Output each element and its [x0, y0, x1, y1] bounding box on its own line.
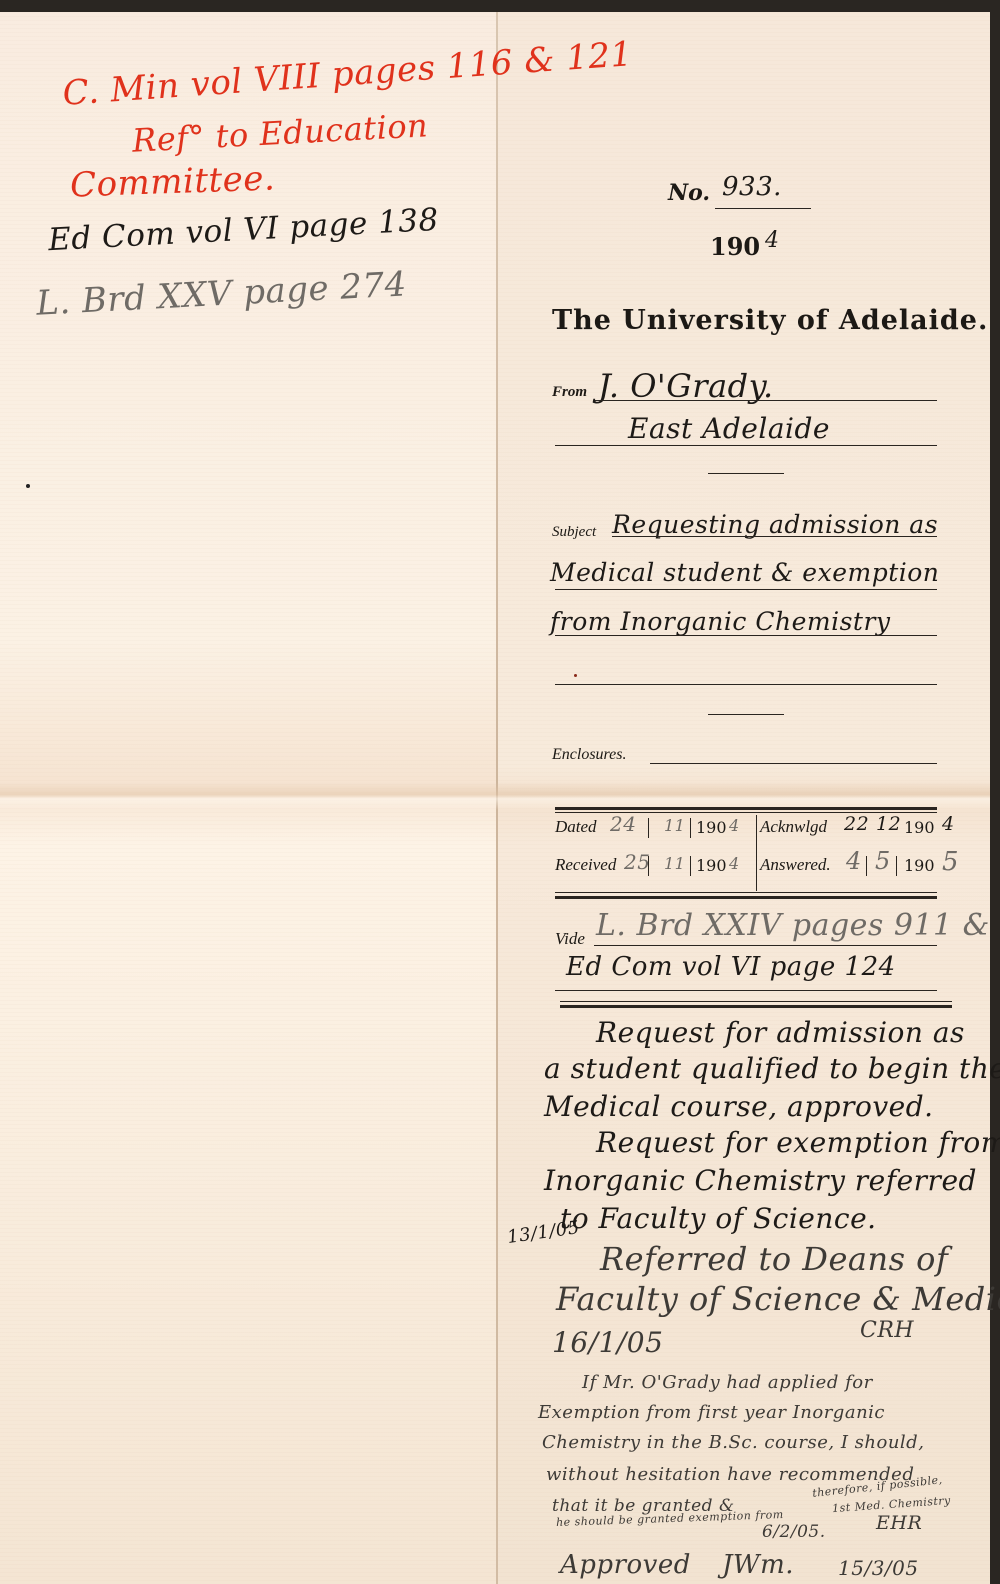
vide-line-1: L. Brd XXIV pages 911 & ...: [596, 908, 1000, 943]
dated-year-printed: 190: [696, 818, 727, 837]
dates-bottom-rule-thin: [555, 892, 937, 893]
no-underline: [715, 208, 811, 209]
subject-line-3: from Inorganic Chemistry: [550, 607, 891, 636]
subject-rule-2: [555, 589, 937, 590]
approval-date: 15/3/05: [838, 1556, 919, 1580]
document-sheet: C. Min vol VIII pages 116 & 121 Ref° to …: [0, 12, 990, 1584]
referral-date: 16/1/05: [552, 1326, 663, 1359]
approval-initials: JWm.: [722, 1550, 794, 1580]
subject-rule-1: [612, 536, 937, 537]
vide-rule-2: [555, 990, 937, 991]
answered-month: 5: [875, 847, 891, 875]
received-day: 25: [624, 850, 650, 874]
referral-initials: CRH: [860, 1318, 914, 1343]
dates-bottom-rule: [555, 896, 937, 899]
approval-text: Approved: [560, 1550, 691, 1580]
from-label: From: [552, 384, 587, 401]
horizontal-fold: [0, 782, 990, 810]
minute-line-5: Inorganic Chemistry referred: [544, 1164, 977, 1197]
date-separator: [690, 818, 691, 838]
subject-rule-4: [555, 684, 937, 685]
received-year-printed: 190: [696, 856, 727, 875]
note-line-2: Exemption from first year Inorganic: [538, 1402, 885, 1423]
dates-column-divider: [756, 815, 757, 891]
minutes-top-rule-thin: [560, 1001, 952, 1002]
separator-2: [708, 714, 784, 715]
minute-line-1: Request for admission as: [596, 1016, 965, 1049]
acknowledged-year-hand: 4: [942, 813, 955, 835]
minute-line-3: Medical course, approved.: [544, 1090, 934, 1123]
enclosures-rule: [650, 763, 937, 764]
separator-1: [708, 473, 784, 474]
subject-label: Subject: [552, 524, 596, 541]
no-label: No.: [668, 180, 710, 206]
received-month: 11: [664, 854, 685, 873]
date-separator: [648, 856, 649, 876]
dated-day: 24: [610, 812, 636, 836]
minute-line-6: to Faculty of Science.: [560, 1202, 877, 1235]
answered-year-printed: 190: [904, 856, 935, 875]
subject-rule-3: [555, 635, 937, 636]
no-value: 933.: [722, 172, 782, 202]
received-year-hand: 4: [729, 854, 740, 873]
acknowledged-day: 22: [844, 813, 869, 835]
year-printed: 190: [710, 232, 760, 261]
date-separator: [866, 856, 867, 876]
acknowledged-year-printed: 190: [904, 818, 935, 837]
acknowledged-label: Acknwlgd: [760, 817, 827, 837]
answered-year-hand: 5: [942, 847, 959, 877]
answered-label: Answered.: [760, 855, 831, 875]
note-line-1: If Mr. O'Grady had applied for: [582, 1372, 873, 1393]
note-initials: EHR: [876, 1512, 922, 1534]
vide-line-2: Ed Com vol VI page 124: [566, 952, 896, 982]
from-line-2: [555, 445, 937, 446]
year-hand: 4: [765, 228, 780, 253]
minutes-top-rule: [560, 1005, 952, 1008]
received-label: Received: [555, 855, 616, 875]
date-separator: [896, 856, 897, 876]
minute-line-2: a student qualified to begin the: [544, 1052, 1000, 1085]
annotation-committee: Committee.: [69, 158, 275, 205]
dated-label: Dated: [555, 817, 597, 837]
date-separator: [648, 818, 649, 838]
vide-rule-1: [594, 945, 937, 946]
dates-top-rule: [555, 807, 937, 810]
minute-line-4: Request for exemption from: [596, 1126, 1000, 1159]
referral-line-1: Referred to Deans of: [600, 1240, 948, 1278]
from-line-1: [595, 400, 937, 401]
enclosures-label: Enclosures.: [552, 746, 627, 764]
answered-day: 4: [846, 847, 862, 875]
acknowledged-month: 12: [876, 813, 901, 835]
note-date: 6/2/05.: [762, 1522, 826, 1542]
ink-speck: [26, 484, 30, 488]
dated-month: 11: [664, 816, 685, 835]
institution-title: The University of Adelaide.: [552, 305, 988, 336]
vide-label: Vide: [555, 929, 585, 949]
dated-year-hand: 4: [729, 816, 740, 835]
subject-line-2: Medical student & exemption: [550, 558, 939, 587]
note-line-3: Chemistry in the B.Sc. course, I should,: [542, 1432, 924, 1453]
date-separator: [690, 856, 691, 876]
ink-speck: [574, 674, 577, 677]
from-address: East Adelaide: [628, 412, 830, 445]
subject-line-1: Requesting admission as: [612, 510, 938, 539]
referral-line-2: Faculty of Science & Medicine: [556, 1280, 1000, 1318]
